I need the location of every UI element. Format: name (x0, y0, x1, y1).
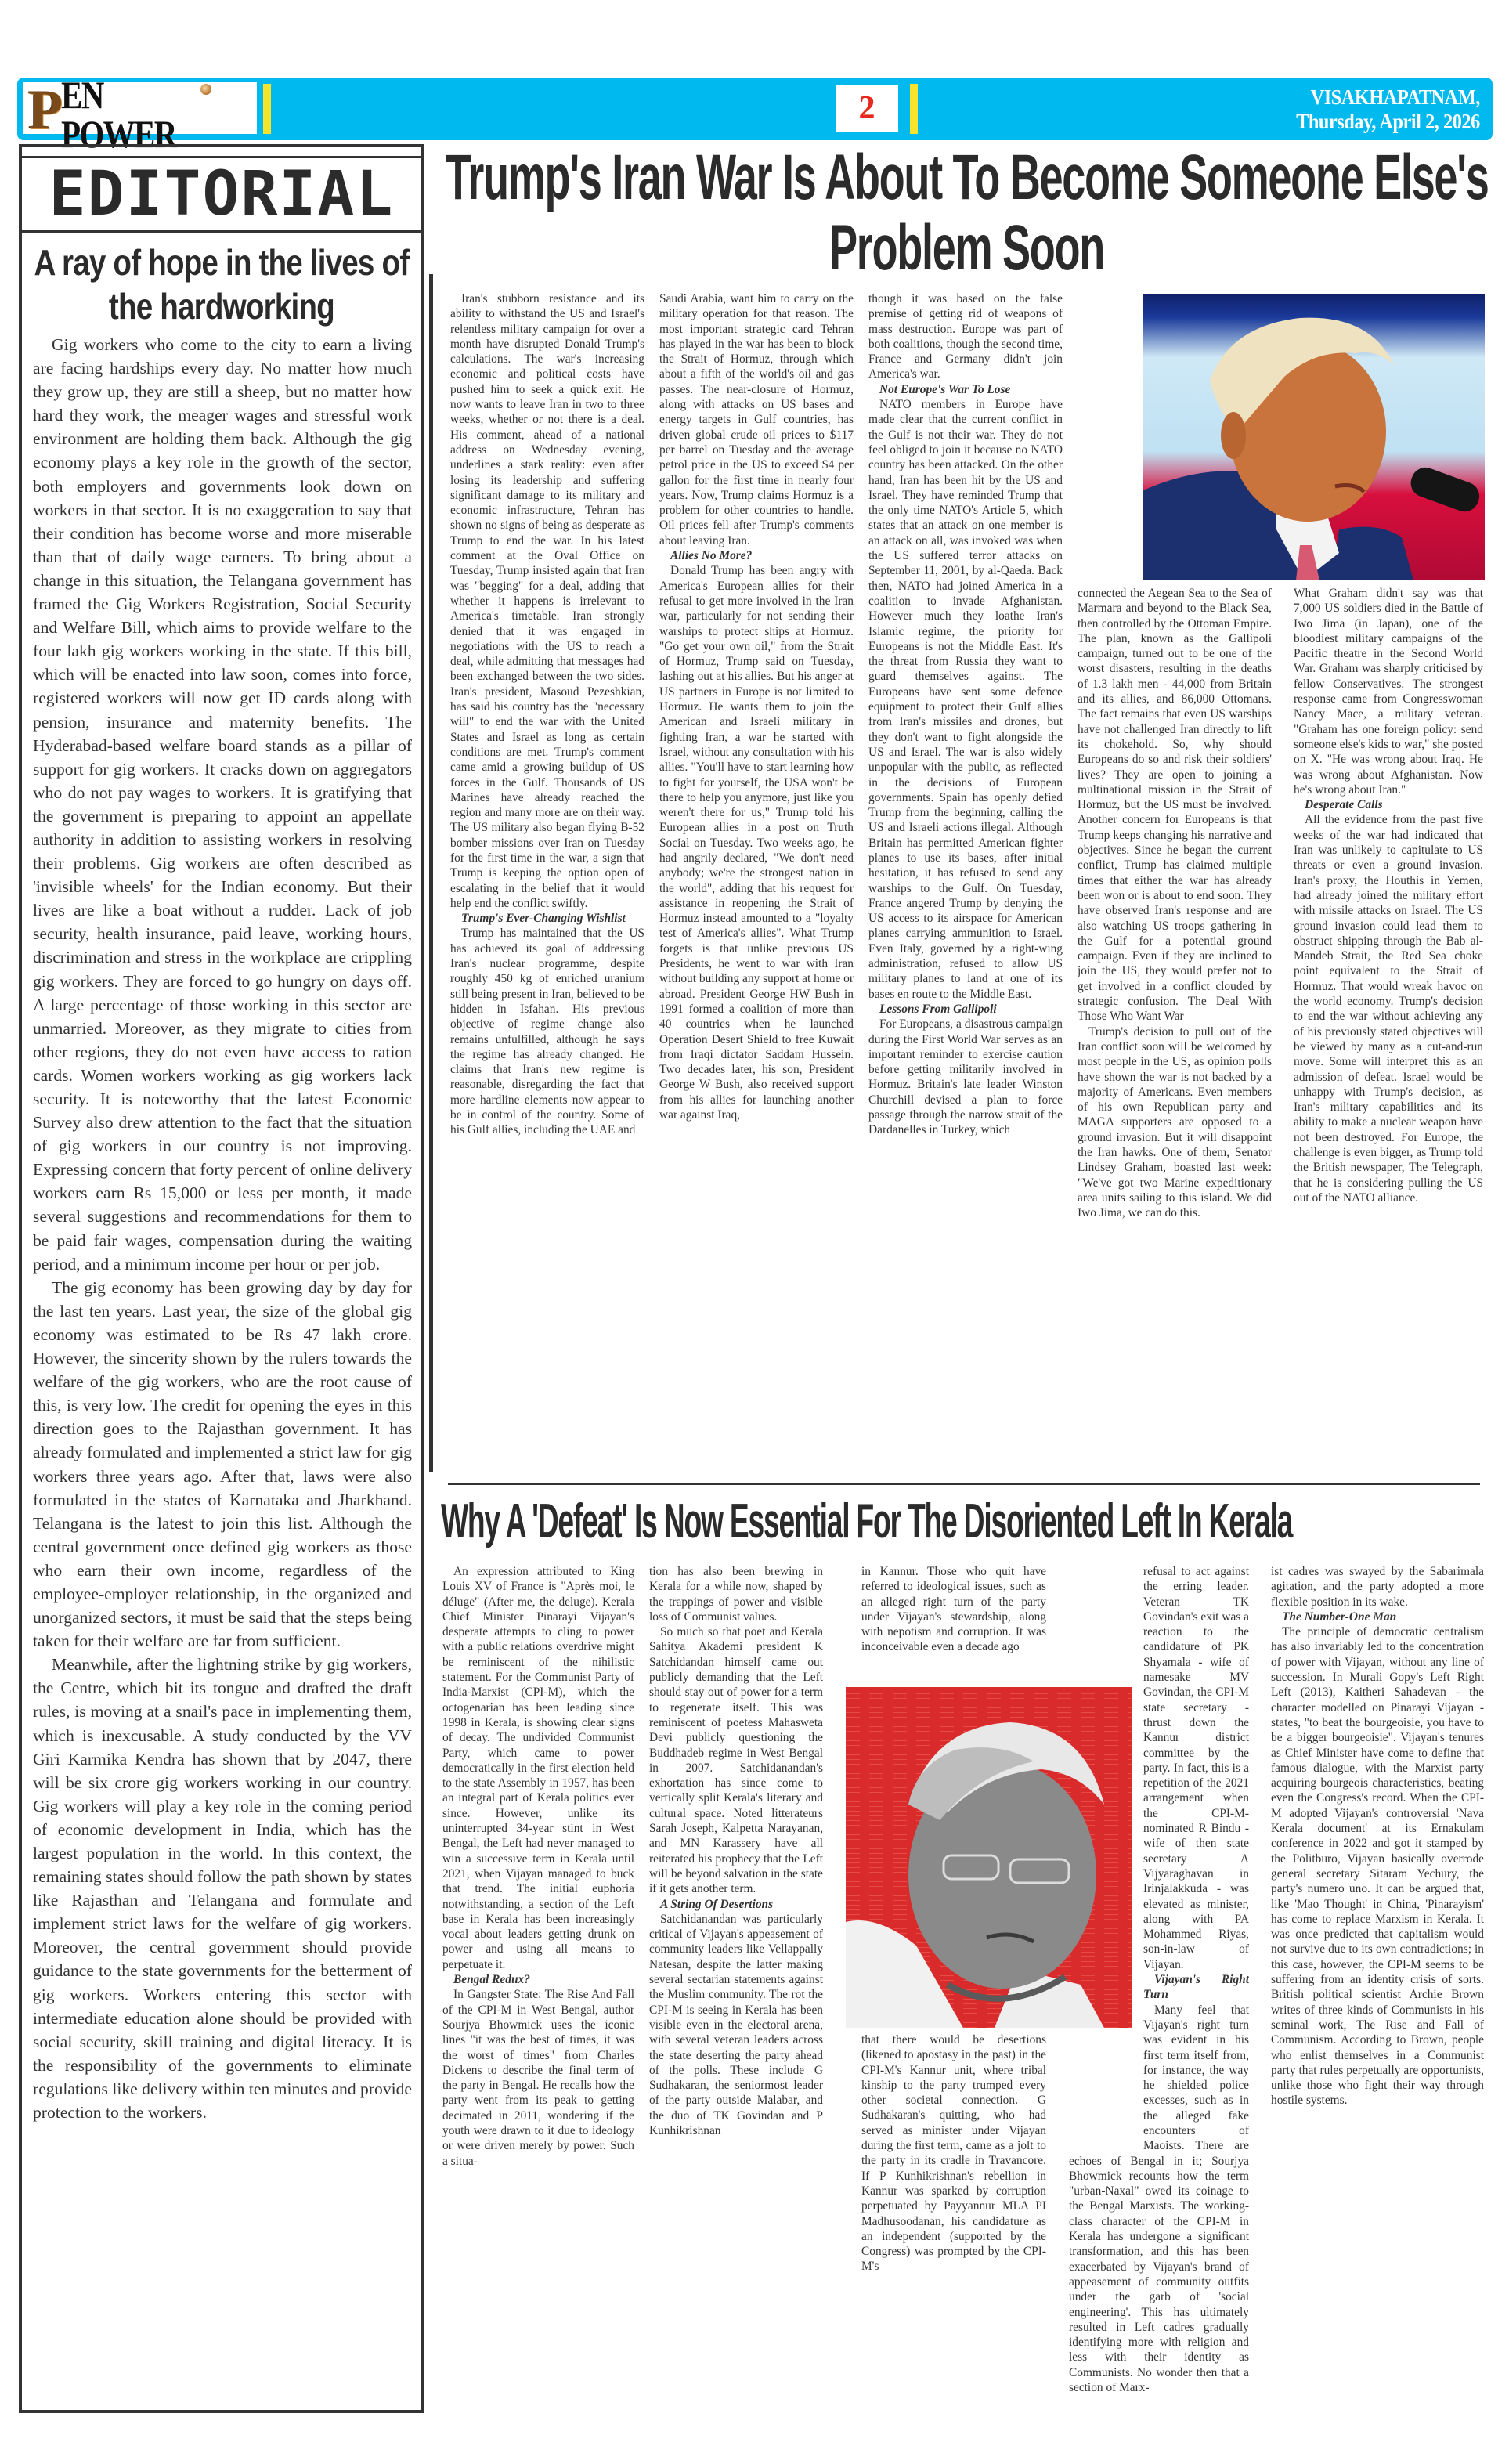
accent-divider (910, 84, 918, 134)
paragraph: Trump has maintained that the US has ach… (450, 926, 644, 1137)
paragraph: connected the Aegean Sea to the Sea of M… (1078, 586, 1272, 1024)
subheading: Bengal Redux? (442, 1972, 634, 1987)
subheading: A String Of Desertions (649, 1897, 823, 1912)
editorial-paragraph: The gig economy has been growing day by … (33, 1276, 412, 1653)
dateline-city: VISAKHAPATNAM, (1296, 85, 1480, 110)
subheading: Not Europe's War To Lose (868, 382, 1063, 397)
editorial-paragraph: Gig workers who come to the city to earn… (33, 333, 412, 1276)
subheading: Desperate Calls (1294, 797, 1483, 812)
paragraph: All the evidence from the past five week… (1294, 812, 1483, 1205)
editorial-body: Gig workers who come to the city to earn… (22, 328, 421, 2124)
editorial-title: A ray of hope in the lives of the hardwo… (23, 233, 420, 328)
article-column: tion has also been brewing in Kerala for… (649, 1564, 823, 2426)
paragraph: Saudi Arabia, want him to carry on the m… (659, 291, 854, 548)
dateline: VISAKHAPATNAM, Thursday, April 2, 2026 (1296, 85, 1480, 134)
trump-photo (1143, 294, 1485, 580)
dateline-date: Thursday, April 2, 2026 (1296, 110, 1480, 134)
photo-wrap-spacer (1069, 1688, 1143, 1809)
article-column: Saudi Arabia, want him to carry on the m… (659, 291, 854, 1474)
headline-kerala-article[interactable]: Why A 'Defeat' Is Now Essential For The … (441, 1488, 1498, 1555)
masthead: P EN POWER 2 VISAKHAPATNAM, Thursday, Ap… (17, 78, 1493, 140)
page-number: 2 (836, 85, 898, 132)
paragraph: What Graham didn't say was that 7,000 US… (1294, 586, 1483, 797)
article-column: connected the Aegean Sea to the Sea of M… (1078, 586, 1272, 1474)
article-column: An expression attributed to King Louis X… (442, 1564, 634, 2426)
paragraph: So much so that poet and Kerala Sahitya … (649, 1624, 823, 1896)
subheading: Trump's Ever-Changing Wishlist (450, 911, 644, 926)
article-column: refusal to act against the erring leader… (1069, 1564, 1249, 2426)
article-column: ist cadres was swayed by the Sabarimala … (1271, 1564, 1484, 2426)
paragraph: In Gangster State: The Rise And Fall of … (442, 1987, 634, 2169)
editorial-label: EDITORIAL (22, 158, 421, 233)
logo-wordmark: EN POWER (61, 75, 222, 154)
subheading: The Number-One Man (1271, 1610, 1484, 1624)
column-divider (429, 274, 433, 1472)
paragraph: in Kannur. Those who quit have referred … (861, 1564, 1046, 1655)
paragraph: ist cadres was swayed by the Sabarimala … (1271, 1564, 1484, 1610)
article-column: though it was based on the false premise… (868, 291, 1063, 1474)
editorial-paragraph: Meanwhile, after the lightning strike by… (33, 1653, 412, 2124)
photo-wrap-spacer (1069, 1809, 1143, 2146)
paragraph: that there would be desertions (likened … (861, 2032, 1046, 2274)
article-column: Iran's stubborn resistance and its abili… (450, 291, 644, 1474)
paragraph: Iran's stubborn resistance and its abili… (450, 291, 644, 911)
pen-nib-icon (200, 84, 211, 95)
article-separator (448, 1483, 1480, 1485)
subheading: Lessons From Gallipoli (868, 1002, 1063, 1017)
paragraph: Trump's decision to pull out of the Iran… (1078, 1024, 1272, 1221)
paragraph: An expression attributed to King Louis X… (442, 1564, 634, 1972)
trump-portrait-illustration (1143, 294, 1485, 580)
editorial-box: EDITORIAL A ray of hope in the lives of … (19, 144, 424, 2413)
paragraph: Donald Trump has been angry with America… (659, 563, 854, 1122)
paragraph: tion has also been brewing in Kerala for… (649, 1564, 823, 1624)
paragraph: The principle of democratic centralism h… (1271, 1624, 1484, 2108)
editorial-top-band (22, 147, 421, 158)
logo[interactable]: P EN POWER (23, 82, 257, 134)
subheading: Allies No More? (659, 548, 854, 563)
accent-divider (263, 84, 271, 134)
logo-initial: P (28, 81, 61, 138)
article-column: in Kannur. Those who quit have referred … (861, 1564, 1046, 1685)
paragraph: For Europeans, a disastrous campaign dur… (868, 1017, 1063, 1137)
headline-iran-article[interactable]: Trump's Iran War Is About To Become Some… (439, 143, 1496, 284)
article-column: that there would be desertions (likened … (861, 2032, 1046, 2424)
paragraph: NATO members in Europe have made clear t… (868, 397, 1063, 1002)
article-column: What Graham didn't say was that 7,000 US… (1294, 586, 1483, 1474)
paragraph: though it was based on the false premise… (868, 291, 1063, 382)
paragraph: Satchidanandan was particularly critical… (649, 1912, 823, 2138)
